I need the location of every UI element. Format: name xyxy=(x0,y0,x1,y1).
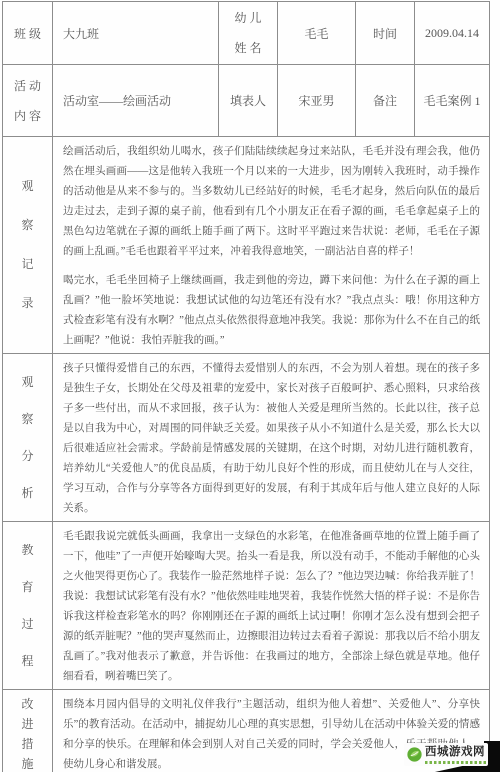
child-name-label-cell: 幼 儿 姓 名 xyxy=(219,2,278,65)
class-label: 班 级 xyxy=(4,25,51,42)
table-row-observation-analysis: 观 察 分 析 孩子只懂得爱惜自己的东西，不懂得去爱惜别人的东西，不会为别人着想… xyxy=(3,354,490,522)
remark-label: 备注 xyxy=(357,92,413,109)
table-row-activity-info: 活 动 内 容 活动室——绘画活动 填表人 宋亚男 备注 毛毛案例 1 xyxy=(3,65,490,137)
remark-label-cell: 备注 xyxy=(356,65,415,137)
time-value-cell: 2009.04.14 xyxy=(415,2,490,65)
activity-value: 活动室——绘画活动 xyxy=(63,94,171,108)
education-process-label-cell: 教 育 过 程 xyxy=(3,522,53,690)
activity-label: 活 动 内 容 xyxy=(4,71,51,131)
observation-record-paragraph: 喝完水，毛毛坐回椅子上继续画画，我走到他的旁边，蹲下来问他：为什么在子源的画上乱… xyxy=(63,271,480,351)
time-label-cell: 时间 xyxy=(356,2,415,65)
time-value: 2009.04.14 xyxy=(425,26,479,40)
time-label: 时间 xyxy=(357,25,413,42)
class-value-cell: 大九班 xyxy=(53,2,219,65)
filler-label: 填表人 xyxy=(220,92,276,109)
improvement-measures-label-cell: 改 进 措 施 xyxy=(3,690,53,772)
table-row-observation-record: 观 察 记 录 绘画活动后，我组织幼儿喝水，孩子们陆陆续续起身过来站队，毛毛并没… xyxy=(3,137,490,354)
watermark: 西城游戏网 xyxy=(404,743,488,766)
observation-record-label: 观 察 记 录 xyxy=(4,167,51,323)
filler-value: 宋亚男 xyxy=(298,94,334,108)
observation-record-paragraph: 绘画活动后，我组织幼儿喝水，孩子们陆陆续续起身过来站队，毛毛并没有理会我，他仍然… xyxy=(63,142,480,262)
watermark-text-block: 西城游戏网 xyxy=(425,746,487,764)
child-name-value: 毛毛 xyxy=(304,27,328,41)
observation-record-label-cell: 观 察 记 录 xyxy=(3,137,53,354)
observation-analysis-label-cell: 观 察 分 析 xyxy=(3,354,53,522)
education-process-content: 毛毛跟我说完就低头画画，我拿出一支绿色的水彩笔，在他准备画草地的位置上随手画了一… xyxy=(53,522,490,690)
observation-analysis-content: 孩子只懂得爱惜自己的东西，不懂得去爱惜别人的东西，不会为别人着想。现在的孩子多是… xyxy=(53,354,490,522)
education-process-label: 教 育 过 程 xyxy=(4,532,51,680)
remark-value-cell: 毛毛案例 1 xyxy=(415,65,490,137)
observation-analysis-paragraph: 孩子只懂得爱惜自己的东西，不懂得去爱惜别人的东西，不会为别人着想。现在的孩子多是… xyxy=(63,359,480,519)
class-value: 大九班 xyxy=(63,27,99,41)
improvement-measures-label: 改 进 措 施 xyxy=(4,694,51,772)
table-row-class-info: 班 级 大九班 幼 儿 姓 名 毛毛 时间 2009.04.14 xyxy=(3,2,490,65)
table-row-education-process: 教 育 过 程 毛毛跟我说完就低头画画，我拿出一支绿色的水彩笔，在他准备画草地的… xyxy=(3,522,490,690)
watermark-site-name: 西城游戏网 xyxy=(425,746,487,759)
filler-label-cell: 填表人 xyxy=(219,65,278,137)
education-process-paragraph: 毛毛跟我说完就低头画画，我拿出一支绿色的水彩笔，在他准备画草地的位置上随手画了一… xyxy=(63,527,480,687)
class-label-cell: 班 级 xyxy=(3,2,53,65)
observation-analysis-label: 观 察 分 析 xyxy=(4,364,51,512)
filler-value-cell: 宋亚男 xyxy=(278,65,356,137)
child-name-label: 幼 儿 姓 名 xyxy=(220,3,276,63)
child-name-value-cell: 毛毛 xyxy=(278,2,356,65)
activity-label-cell: 活 动 内 容 xyxy=(3,65,53,137)
activity-value-cell: 活动室——绘画活动 xyxy=(53,65,219,137)
observation-record-table: 班 级 大九班 幼 儿 姓 名 毛毛 时间 2009.04.14 活 动 内 容… xyxy=(2,1,490,772)
watermark-microtext-line xyxy=(425,761,487,764)
remark-value: 毛毛案例 1 xyxy=(423,94,480,108)
observation-record-content: 绘画活动后，我组织幼儿喝水，孩子们陆陆续续起身过来站队，毛毛并没有理会我，他仍然… xyxy=(53,137,490,354)
leaf-badge-icon xyxy=(407,747,422,762)
